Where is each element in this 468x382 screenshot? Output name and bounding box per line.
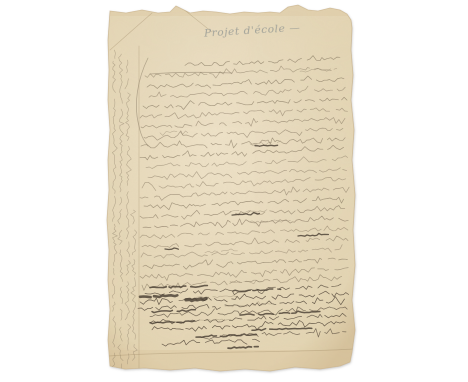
manuscript-page bbox=[100, 0, 365, 382]
paper-grain-texture bbox=[100, 0, 365, 382]
paper-bottom-shading bbox=[100, 350, 365, 382]
strikethrough-correction bbox=[255, 145, 278, 146]
photo-background: Projet d'école — bbox=[0, 0, 468, 382]
strikethrough-correction bbox=[186, 299, 206, 301]
manuscript-render bbox=[0, 0, 468, 382]
